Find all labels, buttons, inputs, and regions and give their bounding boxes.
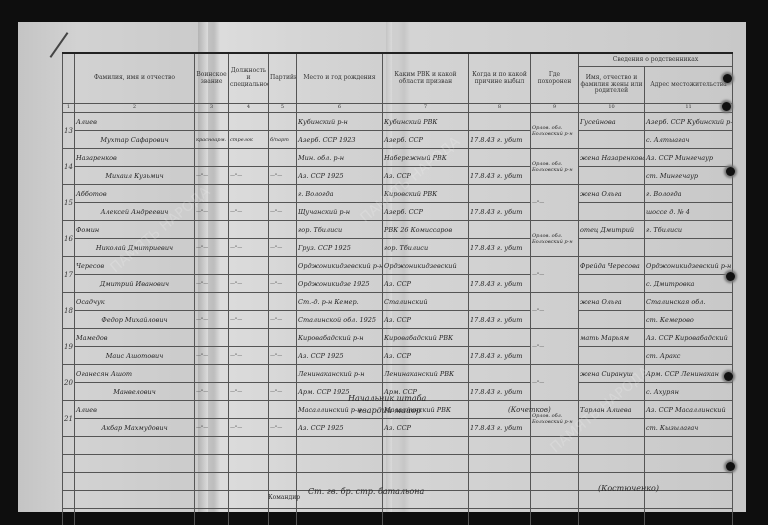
post: —"— <box>229 167 269 185</box>
post: —"— <box>229 419 269 437</box>
header-burial: Где похоронен <box>531 53 579 104</box>
rvk: Кубинский РВК <box>383 113 469 131</box>
empty-cell <box>195 365 229 383</box>
empty-cell <box>195 329 229 347</box>
empty-cell <box>229 329 269 347</box>
birth-place: Ленинаканский р-н <box>297 365 383 383</box>
address: г. Тбилиси <box>645 221 733 239</box>
empty-cell <box>195 149 229 167</box>
empty-cell <box>469 365 531 383</box>
empty-cell <box>229 401 269 419</box>
empty-cell <box>579 167 645 185</box>
address: Сталинская обл. <box>645 293 733 311</box>
loss-date: 17.8.43 г. убит <box>469 347 531 365</box>
table-row: 13 Алиев Кубинский р-н Кубинский РВК Орл… <box>63 113 733 131</box>
empty-cell <box>469 221 531 239</box>
empty-cell <box>269 401 297 419</box>
empty-cell <box>195 257 229 275</box>
table-row: Маис Ашотович —"— —"— —"— Аз. ССР 1925 А… <box>63 347 733 365</box>
relative-name: жена Ольга <box>579 185 645 203</box>
birth-year: Сталинской обл. 1925 <box>297 311 383 329</box>
empty-cell <box>195 401 229 419</box>
rvk: Сталинский <box>383 293 469 311</box>
loss-report-table: №№ по порядку Фамилия, имя и отчество Во… <box>62 52 733 525</box>
rvk: РВК 26 Комиссаров <box>383 221 469 239</box>
surname: Мамедов <box>75 329 195 347</box>
given-name: Маис Ашотович <box>75 347 195 365</box>
birth-place: Кировабадский р-н <box>297 329 383 347</box>
relative-name: мать Марьям <box>579 329 645 347</box>
rvk: Кировабадский РВК <box>383 329 469 347</box>
birth-place: Мин. обл. р-н <box>297 149 383 167</box>
surname: Осадчук <box>75 293 195 311</box>
empty-cell <box>469 149 531 167</box>
loss-date: 17.8.43 г. убит <box>469 311 531 329</box>
empty-cell <box>469 113 531 131</box>
birth-place: Орджоникидзевский р-н <box>297 257 383 275</box>
address: Арм. ССР Ленинакан <box>645 365 733 383</box>
header-rank: Воинское звание <box>195 53 229 104</box>
rank: —"— <box>195 383 229 401</box>
colnum: 5 <box>269 104 297 113</box>
empty-cell <box>229 293 269 311</box>
surname: Назаренков <box>75 149 195 167</box>
party: б/парт <box>269 131 297 149</box>
address-line2: с. Ахурян <box>645 383 733 401</box>
empty-cell <box>269 113 297 131</box>
table-row: Мухтар Сафарович красноарм. стрелок б/па… <box>63 131 733 149</box>
colnum: 7 <box>383 104 469 113</box>
empty-cell <box>469 329 531 347</box>
relative-name: отец Дмитрий <box>579 221 645 239</box>
post: —"— <box>229 347 269 365</box>
punch-hole <box>724 372 733 381</box>
commander-name: (Костюченко) <box>598 484 659 493</box>
given-name: Дмитрий Иванович <box>75 275 195 293</box>
relative-name: Фрейда Чересова <box>579 257 645 275</box>
surname: Алиев <box>75 401 195 419</box>
burial-place: —"— <box>531 257 579 293</box>
empty-row <box>63 455 733 473</box>
rank: —"— <box>195 347 229 365</box>
row-number: 21 <box>63 401 75 437</box>
birth-year: Аз. ССР 1925 <box>297 347 383 365</box>
table-row: 17 Чересов Орджоникидзевский р-н Орджони… <box>63 257 733 275</box>
birth-year: Аз. ССР 1925 <box>297 419 383 437</box>
chief-of-staff-name: (Кочетков) <box>508 406 551 414</box>
party: —"— <box>269 167 297 185</box>
table-row: Дмитрий Иванович —"— —"— —"— Орджоникидз… <box>63 275 733 293</box>
row-number: 14 <box>63 149 75 185</box>
loss-date: 17.8.43 г. убит <box>469 131 531 149</box>
burial-place: —"— <box>531 329 579 365</box>
rvk-region: Азерб. ССР <box>383 203 469 221</box>
row-number: 18 <box>63 293 75 329</box>
colnum: 3 <box>195 104 229 113</box>
commander-label: Командир <box>268 494 300 501</box>
empty-cell <box>579 347 645 365</box>
post: —"— <box>229 275 269 293</box>
party: —"— <box>269 347 297 365</box>
empty-cell <box>195 113 229 131</box>
row-number: 19 <box>63 329 75 365</box>
empty-cell <box>579 203 645 221</box>
party: —"— <box>269 203 297 221</box>
colnum: 1 <box>63 104 75 113</box>
address: Аз. ССР Масаллинский <box>645 401 733 419</box>
rvk: Орджоникидзевский <box>383 257 469 275</box>
empty-cell <box>469 293 531 311</box>
surname: Оганесян Ашот <box>75 365 195 383</box>
given-name: Акбар Махмудович <box>75 419 195 437</box>
address-line2: ст. Кызылагач <box>645 419 733 437</box>
rank: —"— <box>195 311 229 329</box>
loss-date: 17.8.43 г. убит <box>469 203 531 221</box>
loss-date: 17.8.43 г. убит <box>469 167 531 185</box>
loss-date: 17.8.43 г. убит <box>469 239 531 257</box>
rvk: Ленинаканский РВК <box>383 365 469 383</box>
empty-cell <box>269 185 297 203</box>
address-line2 <box>645 239 733 257</box>
empty-cell <box>579 275 645 293</box>
rvk-region: Аз. ССР <box>383 311 469 329</box>
chief-of-staff-title: Начальник штаба <box>348 394 426 403</box>
loss-date: 17.8.43 г. убит <box>469 275 531 293</box>
header-address: Адрес местожительства <box>645 67 733 104</box>
rank: красноарм. <box>195 131 229 149</box>
given-name: Федор Михайлович <box>75 311 195 329</box>
rvk-region: Аз. ССР <box>383 419 469 437</box>
burial-place: Орлов. обл. Болховский р-н <box>531 113 579 149</box>
party: —"— <box>269 419 297 437</box>
rank: —"— <box>195 167 229 185</box>
birth-place: Ст.-д. р-н Кемер. <box>297 293 383 311</box>
colnum: 2 <box>75 104 195 113</box>
empty-cell <box>195 293 229 311</box>
burial-place: —"— <box>531 185 579 221</box>
empty-cell <box>229 257 269 275</box>
empty-cell <box>269 293 297 311</box>
empty-cell <box>579 131 645 149</box>
post: —"— <box>229 239 269 257</box>
rank: —"— <box>195 419 229 437</box>
empty-cell <box>269 365 297 383</box>
address-line2: шоссе д. № 4 <box>645 203 733 221</box>
document-sheet: №№ по порядку Фамилия, имя и отчество Во… <box>18 22 746 512</box>
header-birth: Место и год рождения <box>297 53 383 104</box>
loss-date: 17.8.43 г. убит <box>469 419 531 437</box>
burial-place: Орлов. обл. Болховский р-н <box>531 149 579 185</box>
punch-hole <box>722 102 731 111</box>
row-number: 15 <box>63 185 75 221</box>
row-number: 20 <box>63 365 75 401</box>
relative-name: жена Назаренкова <box>579 149 645 167</box>
rvk-region: Аз. ССР <box>383 275 469 293</box>
empty-cell <box>229 365 269 383</box>
colnum: 4 <box>229 104 269 113</box>
rvk-region: гор. Тбилиси <box>383 239 469 257</box>
rank: —"— <box>195 239 229 257</box>
colnum: 9 <box>531 104 579 113</box>
birth-year: Груз. ССР 1925 <box>297 239 383 257</box>
party: —"— <box>269 311 297 329</box>
empty-cell <box>579 239 645 257</box>
surname: Абботов <box>75 185 195 203</box>
table-row: 18 Осадчук Ст.-д. р-н Кемер. Сталинский … <box>63 293 733 311</box>
address: г. Вологда <box>645 185 733 203</box>
empty-cell <box>229 221 269 239</box>
given-name: Михаил Кузьмич <box>75 167 195 185</box>
address: Аз. ССР Мингечаур <box>645 149 733 167</box>
post: стрелок <box>229 131 269 149</box>
party: —"— <box>269 275 297 293</box>
address: Аз. ССР Кировабадский <box>645 329 733 347</box>
address-line2: ст. Мингечаур <box>645 167 733 185</box>
address-line2: ст. Аракс <box>645 347 733 365</box>
table-row: Николай Дмитриевич —"— —"— —"— Груз. ССР… <box>63 239 733 257</box>
colnum: 6 <box>297 104 383 113</box>
post: —"— <box>229 383 269 401</box>
colnum: 11 <box>645 104 733 113</box>
party: —"— <box>269 239 297 257</box>
table-row: Акбар Махмудович —"— —"— —"— Аз. ССР 192… <box>63 419 733 437</box>
table-row: 14 Назаренков Мин. обл. р-н Набережный Р… <box>63 149 733 167</box>
header-number: №№ по порядку <box>63 53 75 104</box>
row-number: 16 <box>63 221 75 257</box>
birth-year: Аз. ССР 1925 <box>297 167 383 185</box>
header-relatives-group: Сведения о родственниках <box>579 53 733 67</box>
header-party: Партийность <box>269 53 297 104</box>
address-line2: с. Алтыагач <box>645 131 733 149</box>
party: —"— <box>269 383 297 401</box>
header-date: Когда и по какой причине выбыл <box>469 53 531 104</box>
surname: Алиев <box>75 113 195 131</box>
given-name: Мухтар Сафарович <box>75 131 195 149</box>
address: Азерб. ССР Кубинский р-н <box>645 113 733 131</box>
empty-cell <box>229 113 269 131</box>
birth-year: Азерб. ССР 1923 <box>297 131 383 149</box>
empty-cell <box>195 221 229 239</box>
post: —"— <box>229 311 269 329</box>
punch-hole <box>726 462 735 471</box>
table-row: Федор Михайлович —"— —"— —"— Сталинской … <box>63 311 733 329</box>
birth-place: г. Вологда <box>297 185 383 203</box>
address: Орджоникидзевский р-н <box>645 257 733 275</box>
rvk-region: Аз. ССР <box>383 347 469 365</box>
row-number: 13 <box>63 113 75 149</box>
punch-hole <box>723 74 732 83</box>
empty-cell <box>269 257 297 275</box>
empty-row <box>63 509 733 525</box>
header-relative-name: Имя, отчество и фамилия жены или родител… <box>579 67 645 104</box>
empty-cell <box>469 257 531 275</box>
birth-place: Кубинский р-н <box>297 113 383 131</box>
relative-name: Гусейнова <box>579 113 645 131</box>
colnum: 10 <box>579 104 645 113</box>
commander-unit: Ст. гв. бр. стр. батальона <box>308 487 424 496</box>
chief-of-staff-rank: гвардии майор <box>358 406 421 415</box>
empty-cell <box>269 329 297 347</box>
empty-cell <box>229 185 269 203</box>
header-rvk: Каким РВК и какой области призван <box>383 53 469 104</box>
empty-cell <box>469 185 531 203</box>
birth-year: Орджоникидзе 1925 <box>297 275 383 293</box>
empty-cell <box>269 221 297 239</box>
burial-place: —"— <box>531 293 579 329</box>
address-line2: ст. Кемерово <box>645 311 733 329</box>
burial-place: —"— <box>531 365 579 401</box>
header-post: Должность и специальность <box>229 53 269 104</box>
empty-cell <box>579 311 645 329</box>
row-number: 17 <box>63 257 75 293</box>
colnum: 8 <box>469 104 531 113</box>
loss-date: 17.8.43 г. убит <box>469 383 531 401</box>
empty-cell <box>269 149 297 167</box>
post: —"— <box>229 203 269 221</box>
relative-name: жена Ольга <box>579 293 645 311</box>
empty-cell <box>229 149 269 167</box>
table-row: 19 Мамедов Кировабадский р-н Кировабадск… <box>63 329 733 347</box>
given-name: Манвелович <box>75 383 195 401</box>
punch-hole <box>726 272 735 281</box>
address-line2: с. Дмитровка <box>645 275 733 293</box>
burial-place: Орлов. обл. Болховский р-н <box>531 221 579 257</box>
punch-hole <box>726 167 735 176</box>
header-name: Фамилия, имя и отчество <box>75 53 195 104</box>
empty-row <box>63 437 733 455</box>
rank: —"— <box>195 275 229 293</box>
